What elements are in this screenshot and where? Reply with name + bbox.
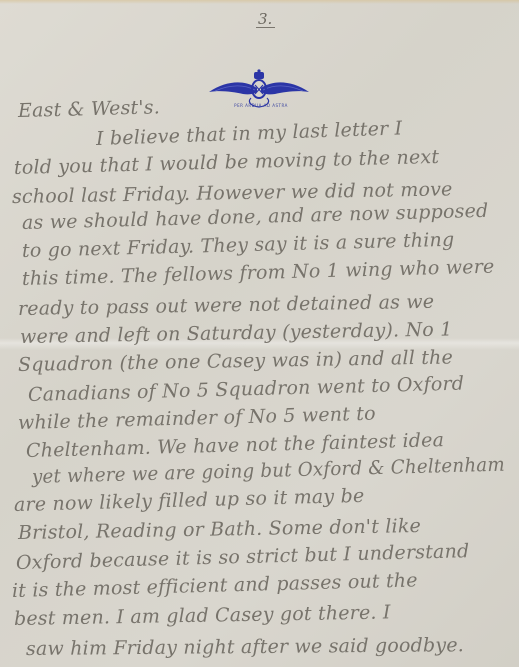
letter-line: I believe that in my last letter I (96, 117, 403, 150)
letter-line: this time. The fellows from No 1 wing wh… (22, 256, 495, 290)
letter-line: Canadians of No 5 Squadron went to Oxfor… (28, 373, 465, 406)
letter-line: to go next Friday. They say it is a sure… (22, 229, 455, 262)
letter-line: it is the most efficient and passes out … (12, 569, 418, 602)
letter-line: told you that I would be moving to the n… (14, 146, 440, 179)
letter-line: saw him Friday night after we said goodb… (26, 634, 464, 660)
letter-line: Squadron (the one Casey was in) and all … (18, 346, 453, 376)
crest-motto: PER ARDUA AD ASTRA (228, 103, 294, 108)
letter-line: while the remainder of No 5 went to (18, 403, 376, 434)
letter-line: ready to pass out were not detained as w… (18, 291, 435, 320)
letter-line: best men. I am glad Casey got there. I (14, 601, 391, 630)
letter-line: were and left on Saturday (yesterday). N… (20, 318, 453, 348)
page-number: 3. (256, 12, 275, 28)
letter-line: are now likely filled up so it may be (14, 485, 365, 516)
letter-line: East & West's. (18, 96, 161, 122)
letter-line: Bristol, Reading or Bath. Some don't lik… (18, 515, 421, 544)
letter-page: 3. PER ARDUA AD ASTRA East & West's. I b… (0, 0, 519, 667)
